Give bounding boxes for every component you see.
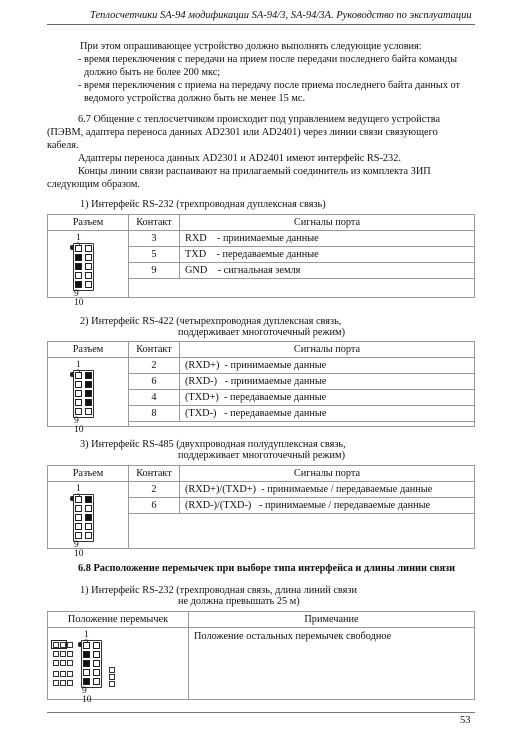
- jumper-pin: [109, 674, 115, 680]
- section-6-7-para-3: Концы линии связи распаивают на прилагае…: [78, 165, 431, 178]
- key-notch: [78, 642, 81, 647]
- contact-cell: 8: [129, 406, 180, 422]
- jumper-installed: [51, 640, 67, 649]
- intro-lead: При этом опрашивающее устройство должно …: [80, 40, 422, 53]
- key-notch: [70, 372, 73, 377]
- pin-7: [75, 399, 82, 406]
- page-number: 53: [460, 715, 471, 726]
- pin-5: [75, 263, 82, 270]
- jumper-diagram-cell: 1 29 10: [48, 628, 189, 700]
- pin-6: [85, 390, 92, 397]
- jumper-pin: [60, 671, 66, 677]
- col-jumper-position: Положение перемычек: [48, 612, 189, 628]
- rs232-caption: 1) Интерфейс RS-232 (трехпроводная дупле…: [80, 198, 326, 211]
- col-contact: Контакт: [129, 342, 180, 358]
- jumper-pin: [60, 660, 66, 666]
- pin-1: [75, 372, 82, 379]
- pin-9: [75, 408, 82, 415]
- pin-2: [85, 496, 92, 503]
- pin-2: [85, 245, 92, 252]
- pin-8: [93, 669, 100, 676]
- rs422-caption-cont: поддерживает многоточечный режим): [178, 326, 345, 339]
- contact-cell: 9: [129, 263, 180, 279]
- intro-bullet-2: - время переключения с приема на передач…: [78, 79, 460, 92]
- jumper-pin: [67, 680, 73, 686]
- signal-cell: (RXD+)/(TXD+) - принимаемые / передаваем…: [180, 482, 475, 498]
- pin-label-bottom: 9 10: [74, 541, 84, 559]
- col-contact: Контакт: [129, 466, 180, 482]
- pin-8: [85, 523, 92, 530]
- pin-label-bottom: 9 10: [82, 687, 92, 705]
- pin-1: [75, 496, 82, 503]
- pin-7: [75, 272, 82, 279]
- jumper-caption-cont: не должна превышать 25 м): [178, 595, 300, 608]
- intro-bullet-1-cont: должно быть не более 200 мкс;: [84, 66, 220, 79]
- contact-cell: 2: [129, 482, 180, 498]
- jumper-pin: [53, 671, 59, 677]
- rs232-table: Разъем Контакт Сигналы порта 1 29 10 3 R…: [47, 214, 475, 298]
- signal-cell: RXD - принимаемые данные: [180, 231, 475, 247]
- contact-cell: 2: [129, 358, 180, 374]
- signal-cell: GND - сигнальная земля: [180, 263, 475, 279]
- rs485-caption-cont: поддерживает многоточечный режим): [178, 449, 345, 462]
- intro-bullet-1: - время переключения с передачи на прием…: [78, 53, 457, 66]
- jumper-pin: [109, 681, 115, 687]
- empty-cell: [129, 422, 475, 427]
- section-6-7-para-2: Адаптеры переноса данных AD2301 и AD2401…: [78, 152, 401, 165]
- contact-cell: 4: [129, 390, 180, 406]
- connector-diagram-cell: 1 29 10: [48, 358, 129, 427]
- contact-cell: 6: [129, 498, 180, 514]
- col-note: Примечание: [189, 612, 475, 628]
- empty-cell: [129, 279, 475, 298]
- col-connector: Разъем: [48, 466, 129, 482]
- jumper-pin: [60, 651, 66, 657]
- pin-9: [83, 678, 90, 685]
- pin-2: [85, 372, 92, 379]
- signal-cell: (RXD-)/(TXD-) - принимаемые / передаваем…: [180, 498, 475, 514]
- pin-5: [83, 660, 90, 667]
- section-6-8-heading: 6.8 Расположение перемычек при выборе ти…: [78, 562, 455, 575]
- jumper-pin: [67, 671, 73, 677]
- pin-10: [93, 678, 100, 685]
- pin-6: [85, 263, 92, 270]
- section-6-7-line-2: (ПЭВМ, адаптера переноса данных AD2301 и…: [47, 126, 438, 139]
- jumper-pin: [67, 651, 73, 657]
- col-contact: Контакт: [129, 215, 180, 231]
- pin-4: [85, 381, 92, 388]
- col-connector: Разъем: [48, 342, 129, 358]
- signal-cell: (RXD-) - принимаемые данные: [180, 374, 475, 390]
- signal-cell: TXD - передаваемые данные: [180, 247, 475, 263]
- pin-4: [85, 254, 92, 261]
- jumper-pin: [53, 660, 59, 666]
- key-notch: [70, 496, 73, 501]
- pin-7: [75, 523, 82, 530]
- jumper-pin: [53, 651, 59, 657]
- signal-cell: (RXD+) - принимаемые данные: [180, 358, 475, 374]
- running-header: Теплосчетчики SA-94 модификации SA-94/3,…: [90, 10, 472, 21]
- jumper-pin: [67, 642, 73, 648]
- rs485-table: Разъем Контакт Сигналы порта 1 29 10 2 (…: [47, 465, 475, 549]
- pin-10: [85, 408, 92, 415]
- footer-rule: [47, 712, 475, 713]
- pin-6: [85, 514, 92, 521]
- intro-bullet-2-cont: ведомого устройства должно быть не менее…: [84, 92, 305, 105]
- pin-label-bottom: 9 10: [74, 417, 84, 435]
- pin-4: [85, 505, 92, 512]
- jumper-pin: [53, 680, 59, 686]
- pin-5: [75, 390, 82, 397]
- pin-2: [93, 642, 100, 649]
- pin-10: [85, 281, 92, 288]
- pin-5: [75, 514, 82, 521]
- empty-cell: [129, 514, 475, 549]
- pin-9: [75, 532, 82, 539]
- note-cell: Положение остальных перемычек свободное: [189, 628, 475, 700]
- pin-9: [75, 281, 82, 288]
- col-signals: Сигналы порта: [180, 215, 475, 231]
- rs422-table: Разъем Контакт Сигналы порта 1 29 10 2 (…: [47, 341, 475, 427]
- pin-3: [75, 381, 82, 388]
- header-rule: [47, 24, 475, 25]
- pin-3: [75, 505, 82, 512]
- connector-diagram-cell: 1 29 10: [48, 482, 129, 549]
- signal-cell: (TXD-) - передаваемые данные: [180, 406, 475, 422]
- contact-cell: 6: [129, 374, 180, 390]
- col-signals: Сигналы порта: [180, 466, 475, 482]
- pin-1: [83, 642, 90, 649]
- section-6-7-line-1: 6.7 Общение с теплосчетчиком происходит …: [78, 113, 440, 126]
- pin-4: [93, 651, 100, 658]
- pin-8: [85, 399, 92, 406]
- pin-3: [75, 254, 82, 261]
- jumper-pin: [60, 680, 66, 686]
- jumper-pin: [67, 660, 73, 666]
- connector-diagram-cell: 1 29 10: [48, 231, 129, 298]
- contact-cell: 5: [129, 247, 180, 263]
- signal-cell: (TXD+) - передаваемые данные: [180, 390, 475, 406]
- jumper-pin: [109, 667, 115, 673]
- contact-cell: 3: [129, 231, 180, 247]
- col-connector: Разъем: [48, 215, 129, 231]
- pin-7: [83, 669, 90, 676]
- pin-3: [83, 651, 90, 658]
- col-signals: Сигналы порта: [180, 342, 475, 358]
- pin-10: [85, 532, 92, 539]
- pin-label-bottom: 9 10: [74, 290, 84, 308]
- key-notch: [70, 245, 73, 250]
- pin-6: [93, 660, 100, 667]
- jumper-table: Положение перемычек Примечание 1 29 10 П…: [47, 611, 475, 700]
- pin-1: [75, 245, 82, 252]
- section-6-7-line-3: кабеля.: [47, 139, 79, 152]
- section-6-7-para-3-cont: следующим образом.: [47, 178, 140, 191]
- pin-8: [85, 272, 92, 279]
